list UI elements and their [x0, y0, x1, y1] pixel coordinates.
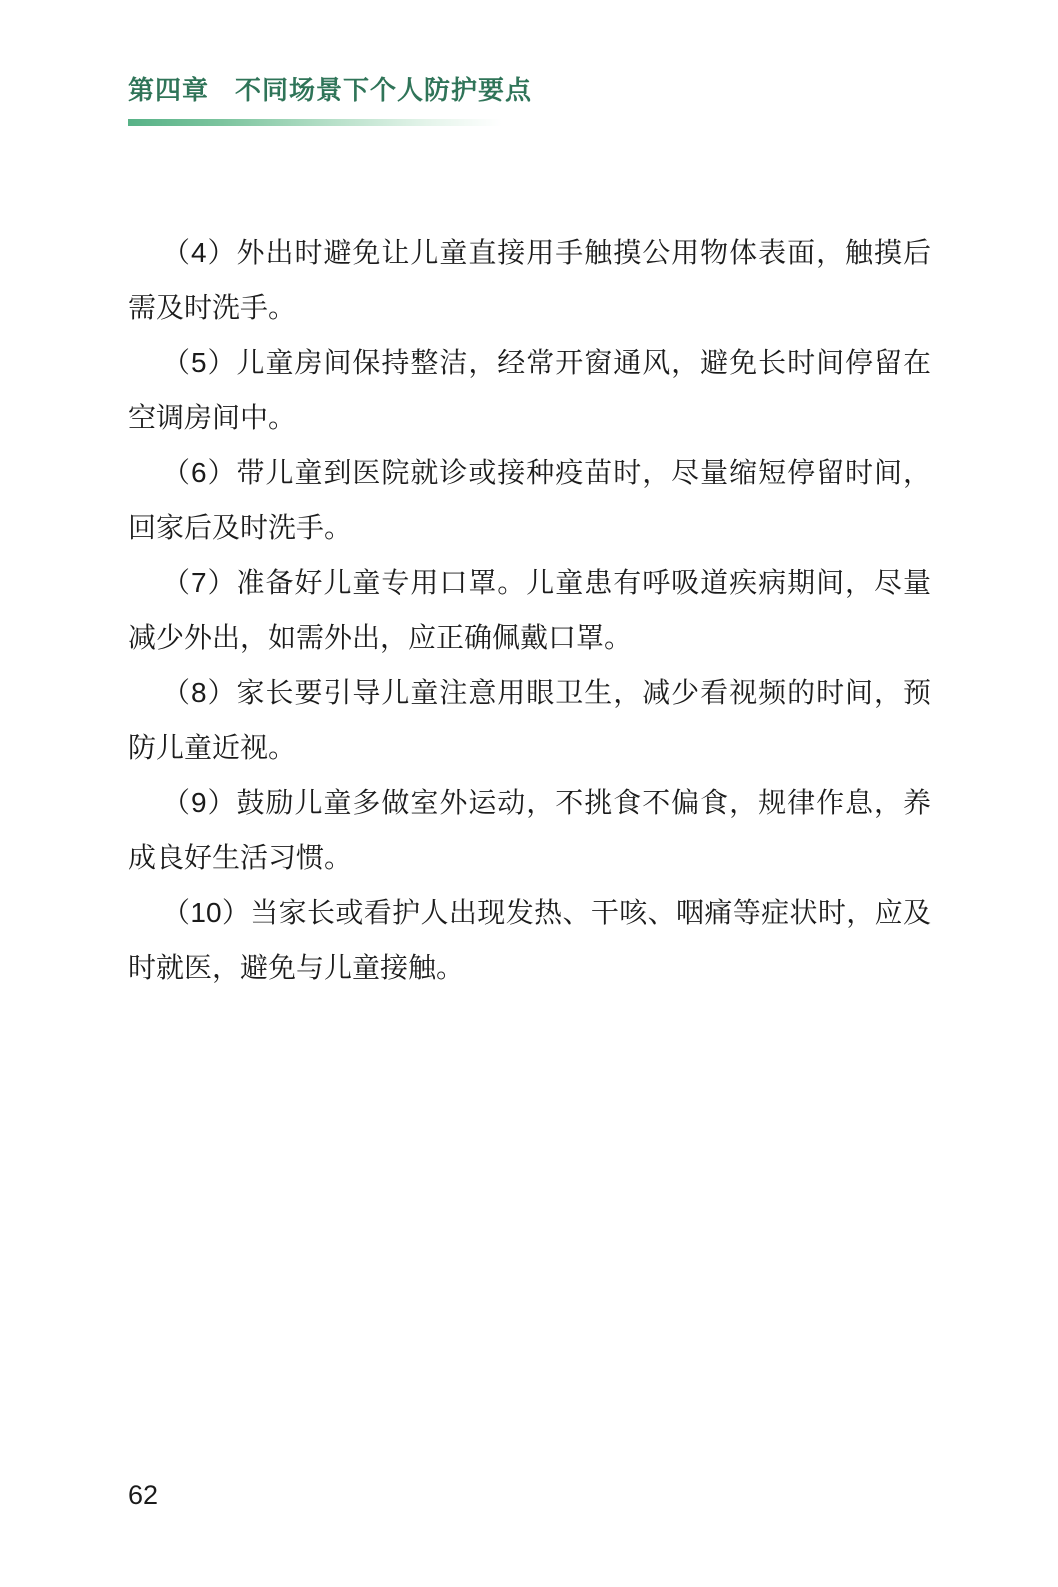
paragraph-item-8: （8）家长要引导儿童注意用眼卫生，减少看视频的时间，预防儿童近视。 [128, 665, 931, 775]
chapter-number-label: 第四章 [128, 75, 209, 105]
paragraph-item-4: （4）外出时避免让儿童直接用手触摸公用物体表面，触摸后需及时洗手。 [128, 225, 931, 335]
paragraph-item-7: （7）准备好儿童专用口罩。儿童患有呼吸道疾病期间，尽量减少外出，如需外出，应正确… [128, 555, 931, 665]
page-number: 62 [128, 1480, 158, 1511]
paragraph-item-6: （6）带儿童到医院就诊或接种疫苗时，尽量缩短停留时间，回家后及时洗手。 [128, 445, 931, 555]
header-divider-line [128, 119, 502, 126]
document-page: 第四章不同场景下个人防护要点 （4）外出时避免让儿童直接用手触摸公用物体表面，触… [0, 0, 1058, 1587]
paragraph-item-5: （5）儿童房间保持整洁，经常开窗通风，避免长时间停留在空调房间中。 [128, 335, 931, 445]
chapter-title: 不同场景下个人防护要点 [235, 75, 532, 105]
paragraph-item-10: （10）当家长或看护人出现发热、干咳、咽痛等症状时，应及时就医，避免与儿童接触。 [128, 885, 931, 995]
chapter-header: 第四章不同场景下个人防护要点 [128, 70, 930, 107]
body-text-block: （4）外出时避免让儿童直接用手触摸公用物体表面，触摸后需及时洗手。 （5）儿童房… [128, 225, 931, 995]
paragraph-item-9: （9）鼓励儿童多做室外运动，不挑食不偏食，规律作息，养成良好生活习惯。 [128, 775, 931, 885]
